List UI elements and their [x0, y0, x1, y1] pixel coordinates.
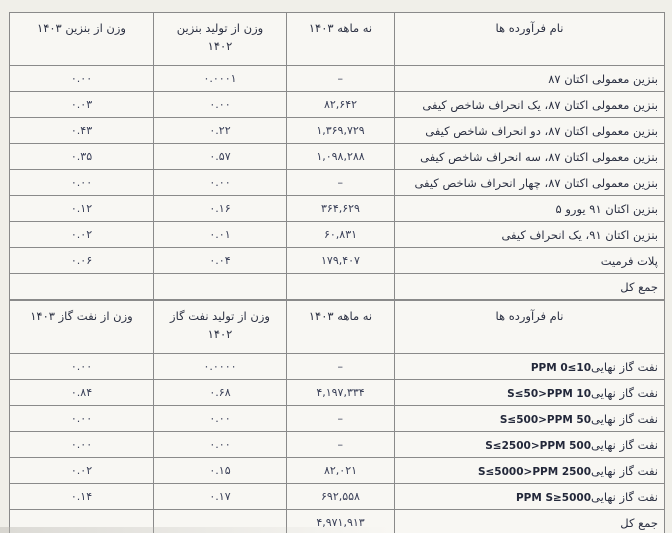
table-row: پلات فرمیت ۱۷۹,۴۰۷ ۰.۰۴ ۰.۰۶ — [10, 248, 665, 274]
product-name-cell: نفت گاز نهاییS≤5000>PPM 2500 — [395, 458, 665, 484]
product-name-cell: نفت گاز نهاییPPM S≥5000 — [395, 484, 665, 510]
table-row: بنزین اکتان ۹۱ یورو ۵ ۳۶۴,۶۲۹ ۰.۱۶ ۰.۱۲ — [10, 196, 665, 222]
gasoline-weight-value: ۰.۰۶ — [10, 248, 154, 274]
header-weight-of-gasoline: وزن از بنزین ۱۴۰۳ — [10, 13, 154, 66]
nine-months-value: – — [287, 66, 395, 92]
production-weight-value: ۰.۰۱ — [154, 222, 287, 248]
production-weight-value: ۰.۵۷ — [154, 144, 287, 170]
header-nine-months: نه ماهه ۱۴۰۳ — [287, 13, 395, 66]
table-header-row: نام فرآورده ها نه ماهه ۱۴۰۳ وزن از تولید… — [10, 301, 665, 354]
gasoline-weight-value: ۰.۰۰ — [10, 66, 154, 92]
table-row: نفت گاز نهاییPPM S≥5000 ۶۹۲,۵۵۸ ۰.۱۷ ۰.۱… — [10, 484, 665, 510]
product-name-fa: بنزین معمولی اکتان ۸۷ — [548, 72, 658, 86]
header-weight-of-gasoil: وزن از نفت گاز ۱۴۰۳ — [10, 301, 154, 354]
gasoil-weight-value: ۰.۰۰ — [10, 354, 154, 380]
table-row: بنزین معمولی اکتان ۸۷، یک انحراف شاخص کی… — [10, 92, 665, 118]
table-row: بنزین معمولی اکتان ۸۷، سه انحراف شاخص کی… — [10, 144, 665, 170]
table-row: نفت گاز نهاییS≤50>PPM 10 ۴,۱۹۷,۳۳۴ ۰.۶۸ … — [10, 380, 665, 406]
product-name-fa: نفت گاز نهایی — [591, 464, 658, 478]
gasoil-products-table: نام فرآورده ها نه ماهه ۱۴۰۳ وزن از تولید… — [9, 300, 665, 533]
gasoil-weight-value: ۰.۸۴ — [10, 380, 154, 406]
production-weight-value: ۰.۲۲ — [154, 118, 287, 144]
product-name-spec: PPM S≥5000 — [516, 492, 591, 504]
table-row: نفت گاز نهاییS≤5000>PPM 2500 ۸۲,۰۲۱ ۰.۱۵… — [10, 458, 665, 484]
header-weight-of-production: وزن از تولید نفت گاز ۱۴۰۲ — [154, 301, 287, 354]
product-name-fa: بنزین معمولی اکتان ۸۷، دو انحراف شاخص کی… — [425, 124, 658, 138]
total-label: جمع کل — [620, 280, 658, 294]
table-row: بنزین معمولی اکتان ۸۷، چهار انحراف شاخص … — [10, 170, 665, 196]
gasoline-weight-value — [10, 274, 154, 300]
nine-months-value: – — [287, 170, 395, 196]
product-name-cell: نفت گاز نهاییPPM 0≤10 — [395, 354, 665, 380]
product-name-fa: پلات فرمیت — [601, 254, 658, 268]
gasoline-weight-value: ۰.۳۵ — [10, 144, 154, 170]
total-row: جمع کل — [10, 274, 665, 300]
nine-months-value: ۱۷۹,۴۰۷ — [287, 248, 395, 274]
scanned-report-page: نام فرآورده ها نه ماهه ۱۴۰۳ وزن از تولید… — [0, 0, 672, 533]
production-weight-value — [154, 274, 287, 300]
product-name-cell: پلات فرمیت — [395, 248, 665, 274]
product-name-spec: S≤2500>PPM 500 — [485, 440, 591, 452]
product-name-cell: بنزین معمولی اکتان ۸۷، یک انحراف شاخص کی… — [395, 92, 665, 118]
production-weight-value: ۰.۰۰۰۱ — [154, 66, 287, 92]
product-name-spec: S≤5000>PPM 2500 — [478, 466, 591, 478]
gasoline-weight-value: ۰.۰۲ — [10, 222, 154, 248]
nine-months-value: ۴,۱۹۷,۳۳۴ — [287, 380, 395, 406]
header-nine-months: نه ماهه ۱۴۰۳ — [287, 301, 395, 354]
scan-edge-shadow — [0, 527, 390, 533]
product-name-fa: بنزین معمولی اکتان ۸۷، چهار انحراف شاخص … — [414, 176, 658, 190]
product-name-spec: PPM 0≤10 — [531, 362, 591, 374]
gasoline-weight-value: ۰.۰۰ — [10, 170, 154, 196]
nine-months-value: ۳۶۴,۶۲۹ — [287, 196, 395, 222]
product-name-cell: نفت گاز نهاییS≤50>PPM 10 — [395, 380, 665, 406]
product-name-cell: بنزین اکتان ۹۱، یک انحراف کیفی — [395, 222, 665, 248]
product-name-fa: نفت گاز نهایی — [591, 490, 658, 504]
production-weight-value: ۰.۰۰ — [154, 170, 287, 196]
product-name-fa: نفت گاز نهایی — [591, 412, 658, 426]
header-product-name: نام فرآورده ها — [395, 301, 665, 354]
table-header-row: نام فرآورده ها نه ماهه ۱۴۰۳ وزن از تولید… — [10, 13, 665, 66]
nine-months-value: ۱,۳۶۹,۷۲۹ — [287, 118, 395, 144]
nine-months-value: ۶۹۲,۵۵۸ — [287, 484, 395, 510]
gasoline-weight-value: ۰.۰۳ — [10, 92, 154, 118]
nine-months-value: – — [287, 432, 395, 458]
production-weight-value: ۰.۱۵ — [154, 458, 287, 484]
table-row: نفت گاز نهاییS≤2500>PPM 500 – ۰.۰۰ ۰.۰۰ — [10, 432, 665, 458]
product-name-spec: S≤50>PPM 10 — [507, 388, 591, 400]
product-name-cell: نفت گاز نهاییS≤2500>PPM 500 — [395, 432, 665, 458]
nine-months-value: ۸۲,۶۴۲ — [287, 92, 395, 118]
total-label-cell: جمع کل — [395, 274, 665, 300]
gasoil-weight-value: ۰.۰۰ — [10, 432, 154, 458]
production-weight-value: ۰.۰۰۰۰ — [154, 354, 287, 380]
product-name-cell: بنزین معمولی اکتان ۸۷، چهار انحراف شاخص … — [395, 170, 665, 196]
product-name-cell: نفت گاز نهاییS≤500>PPM 50 — [395, 406, 665, 432]
production-weight-value: ۰.۰۴ — [154, 248, 287, 274]
product-name-cell: بنزین معمولی اکتان ۸۷، سه انحراف شاخص کی… — [395, 144, 665, 170]
table-row: بنزین اکتان ۹۱، یک انحراف کیفی ۶۰,۸۳۱ ۰.… — [10, 222, 665, 248]
production-weight-value: ۰.۱۷ — [154, 484, 287, 510]
production-weight-value: ۰.۰۰ — [154, 92, 287, 118]
gasoil-weight-value: ۰.۱۴ — [10, 484, 154, 510]
product-name-cell: بنزین معمولی اکتان ۸۷ — [395, 66, 665, 92]
nine-months-value — [287, 274, 395, 300]
header-product-name: نام فرآورده ها — [395, 13, 665, 66]
table-row: بنزین معمولی اکتان ۸۷، دو انحراف شاخص کی… — [10, 118, 665, 144]
gasoil-weight-value: ۰.۰۲ — [10, 458, 154, 484]
product-name-cell: بنزین اکتان ۹۱ یورو ۵ — [395, 196, 665, 222]
production-weight-value: ۰.۰۰ — [154, 406, 287, 432]
gasoil-weight-value: ۰.۰۰ — [10, 406, 154, 432]
table-row: بنزین معمولی اکتان ۸۷ – ۰.۰۰۰۱ ۰.۰۰ — [10, 66, 665, 92]
gasoline-weight-value: ۰.۴۳ — [10, 118, 154, 144]
product-name-fa: بنزین اکتان ۹۱ یورو ۵ — [556, 202, 658, 216]
production-weight-value: ۰.۶۸ — [154, 380, 287, 406]
production-weight-value: ۰.۱۶ — [154, 196, 287, 222]
nine-months-value: ۱,۰۹۸,۲۸۸ — [287, 144, 395, 170]
nine-months-value: ۸۲,۰۲۱ — [287, 458, 395, 484]
nine-months-value: – — [287, 354, 395, 380]
table-row: نفت گاز نهاییS≤500>PPM 50 – ۰.۰۰ ۰.۰۰ — [10, 406, 665, 432]
product-name-fa: نفت گاز نهایی — [591, 438, 658, 452]
table-row: نفت گاز نهاییPPM 0≤10 – ۰.۰۰۰۰ ۰.۰۰ — [10, 354, 665, 380]
nine-months-value: ۶۰,۸۳۱ — [287, 222, 395, 248]
product-name-spec: S≤500>PPM 50 — [500, 414, 591, 426]
product-name-fa: نفت گاز نهایی — [591, 360, 658, 374]
product-name-fa: بنزین اکتان ۹۱، یک انحراف کیفی — [501, 228, 658, 242]
product-name-fa: بنزین معمولی اکتان ۸۷، یک انحراف شاخص کی… — [422, 98, 658, 112]
nine-months-value: – — [287, 406, 395, 432]
gasoline-products-table: نام فرآورده ها نه ماهه ۱۴۰۳ وزن از تولید… — [9, 12, 665, 300]
product-name-fa: بنزین معمولی اکتان ۸۷، سه انحراف شاخص کی… — [420, 150, 658, 164]
product-name-cell: بنزین معمولی اکتان ۸۷، دو انحراف شاخص کی… — [395, 118, 665, 144]
production-weight-value: ۰.۰۰ — [154, 432, 287, 458]
total-label-cell: جمع کل — [395, 510, 665, 533]
total-label: جمع کل — [620, 516, 658, 530]
header-weight-of-production: وزن از تولید بنزین ۱۴۰۲ — [154, 13, 287, 66]
gasoline-weight-value: ۰.۱۲ — [10, 196, 154, 222]
product-name-fa: نفت گاز نهایی — [591, 386, 658, 400]
